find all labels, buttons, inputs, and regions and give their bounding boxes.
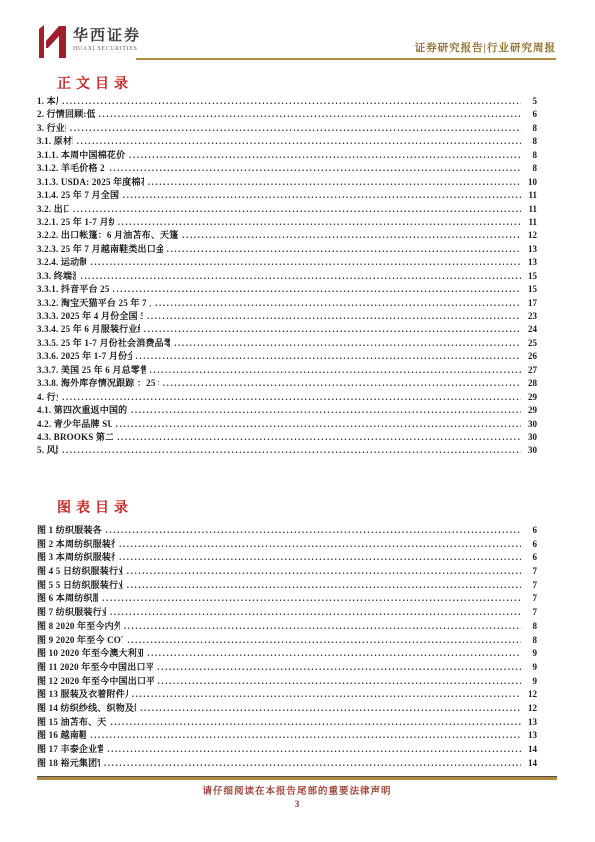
toc-entry-label: 3.2.3. 25 年 7 月越南鞋类出口金额同比增长 4.5%，2025 年至…: [37, 243, 163, 256]
toc-dot-leader: [127, 565, 521, 579]
toc-entry-page: 13: [524, 256, 537, 269]
toc-entry[interactable]: 3.3.4. 25 年 6 月服装行业线上销售额 402.65 亿元，同比下降 …: [37, 323, 537, 336]
toc-entry[interactable]: 4. 行业新闻29: [37, 391, 537, 404]
toc-entry-page: 15: [524, 283, 537, 296]
toc-dot-leader: [80, 270, 521, 283]
toc-dot-leader: [119, 551, 521, 565]
toc-dot-leader: [106, 524, 521, 538]
toc-entry-page: 7: [524, 606, 537, 620]
toc-entry[interactable]: 图 6 本周纺织服装行业市场表现排名7: [37, 592, 537, 606]
toc-entry-label: 图 12 2020 年至今中国出口平均单价：精梳羊毛纱线，非供零售用（美元/千克…: [37, 675, 154, 689]
toc-entry-page: 8: [524, 122, 537, 135]
header-divider: [136, 58, 556, 60]
toc-entry-page: 29: [524, 391, 537, 404]
toc-dot-leader: [109, 162, 521, 175]
toc-entry-page: 11: [524, 216, 537, 229]
toc-entry-label: 2. 行情回顾:低于上证综指 2.7PCT: [37, 108, 95, 121]
toc-entry[interactable]: 3.1.3. USDA: 2025 年度棉花总产预期同比下降 2.12%，需求端…: [37, 176, 537, 189]
toc-entry-page: 13: [524, 729, 537, 743]
toc-dot-leader: [158, 675, 521, 689]
toc-entry[interactable]: 3.3.7. 美国 25 年 6 月总零售额同比增长 3.92%，上半年累计同比…: [37, 364, 537, 377]
toc-entry-label: 图 3 本周纺织服装行业 A 股跌幅后 5 个股（%）: [37, 551, 115, 565]
toc-entry[interactable]: 3.1. 原材料相关数据8: [37, 135, 537, 148]
toc-entry-page: 10: [524, 176, 537, 189]
toc-entry-label: 3.3. 终端消费相关数据: [37, 270, 76, 283]
toc-dot-leader: [127, 579, 521, 593]
toc-entry-page: 30: [524, 444, 537, 457]
toc-dot-leader: [110, 606, 521, 620]
toc-entry-page: 11: [524, 189, 537, 202]
toc-entry-label: 4.3. BROOKS 第二季度中国市场营收增长 80%: [37, 431, 113, 444]
toc-entry[interactable]: 3.1.2. 羊毛价格 2025 年初至今上涨 4.12%8: [37, 162, 537, 175]
toc-dot-leader: [77, 135, 521, 148]
toc-entry-page: 30: [524, 418, 537, 431]
toc-dot-leader: [127, 634, 521, 648]
toc-dot-leader: [102, 592, 521, 606]
toc-dot-leader: [131, 404, 521, 417]
toc-entry[interactable]: 图 2 本周纺织服装行业 A 股涨幅前 5 个股（%）6: [37, 538, 537, 552]
page-number: 3: [37, 800, 557, 810]
toc-entry-label: 3.3.2. 淘宝天猫平台 25 年 7 月运动及休闲服装增速有所改善，报喜鸟增…: [37, 297, 151, 310]
toc-entry[interactable]: 3.3.2. 淘宝天猫平台 25 年 7 月运动及休闲服装增速有所改善，报喜鸟增…: [37, 297, 537, 310]
toc-entry[interactable]: 图 10 2020 年至今澳大利亚羊毛交易所东部市场综合指数（澳分/公斤）9: [37, 647, 537, 661]
toc-entry-page: 15: [524, 270, 537, 283]
toc-entry-page: 6: [524, 524, 537, 538]
toc-entry[interactable]: 3.2.1. 25 年 1-7 月纺织服装出口同比增长 0.53%11: [37, 216, 537, 229]
toc-entry-page: 5: [524, 95, 537, 108]
toc-entry-label: 图 17 丰泰企业营收及增速（亿新台币）: [37, 743, 103, 757]
toc-dot-leader: [148, 176, 521, 189]
toc-entry[interactable]: 图 7 纺织服装行业和沪深 300PE 估值情况7: [37, 606, 537, 620]
toc-dot-leader: [182, 229, 521, 242]
toc-entry-label: 3.3.6. 2025 年 1-7 月份全国房屋竣工面积累计同比下降 16.5%: [37, 350, 132, 363]
toc-entry-label: 3. 行业数据追踪: [37, 122, 66, 135]
toc-entry-label: 3.1. 原材料相关数据: [37, 135, 73, 148]
toc-entry-page: 7: [524, 579, 537, 593]
toc-entry[interactable]: 1. 本周观点5: [37, 95, 537, 108]
toc-dot-leader: [157, 661, 521, 675]
toc-entry[interactable]: 4.2. 青少年品牌 SUBDUED 广州开设华南首店30: [37, 418, 537, 431]
toc-dot-leader: [70, 122, 521, 135]
toc-entry-label: 3.2.2. 出口帐篷：6 月油苫布、天篷及遮阳篷出口额同比下降 13.1%，2…: [37, 229, 178, 242]
toc-entry-label: 图 5 5 日纺织服装行业资金净流入占比后 5 个股（%）: [37, 579, 123, 593]
toc-entry-label: 图 4 5 日纺织服装行业资金净流入占比前 5 个股（%）: [37, 565, 123, 579]
toc-entry[interactable]: 图 4 5 日纺织服装行业资金净流入占比前 5 个股（%）7: [37, 565, 537, 579]
toc-entry-page: 8: [524, 634, 537, 648]
toc-entry-page: 23: [524, 310, 537, 323]
toc-dot-leader: [62, 95, 521, 108]
toc-dot-leader: [99, 108, 521, 121]
toc-dot-leader: [90, 256, 521, 269]
toc-dot-leader: [147, 310, 521, 323]
toc-entry-page: 28: [524, 377, 537, 390]
toc-entry-page: 7: [524, 565, 537, 579]
toc-dot-leader: [136, 350, 522, 363]
toc-entry-page: 14: [524, 743, 537, 757]
toc-entry-label: 1. 本周观点: [37, 95, 58, 108]
toc-entry-label: 3.2.1. 25 年 1-7 月纺织服装出口同比增长 0.53%: [37, 216, 114, 229]
toc-dot-leader: [113, 283, 521, 296]
toc-dot-leader: [150, 364, 521, 377]
toc-entry-label: 4. 行业新闻: [37, 391, 58, 404]
toc-entry-label: 3.2. 出口相关数据: [37, 203, 69, 216]
toc-entry-page: 12: [524, 688, 537, 702]
toc-entry[interactable]: 3.3.1. 抖音平台 25 年 3 月运动品类增速较高15: [37, 283, 537, 296]
toc-dot-leader: [116, 418, 521, 431]
toc-dot-leader: [73, 203, 521, 216]
toc-entry-page: 8: [524, 620, 537, 634]
toc-entry-page: 26: [524, 350, 537, 363]
toc-entry-page: 6: [524, 108, 537, 121]
footer-divider: [37, 776, 557, 780]
toc-entry-page: 24: [524, 323, 537, 336]
toc-entry-page: 12: [524, 702, 537, 716]
toc-entry[interactable]: 3.2.2. 出口帐篷：6 月油苫布、天篷及遮阳篷出口额同比下降 13.1%，2…: [37, 229, 537, 242]
toc-entry[interactable]: 3.3.6. 2025 年 1-7 月份全国房屋竣工面积累计同比下降 16.5%…: [37, 350, 537, 363]
logo-text: 华西证券 HUAXI SECURITIES: [73, 25, 141, 53]
toc-entry-page: 7: [524, 592, 537, 606]
toc-entry-label: 图 10 2020 年至今澳大利亚羊毛交易所东部市场综合指数（澳分/公斤）: [37, 647, 143, 661]
toc-entry[interactable]: 3. 行业数据追踪8: [37, 122, 537, 135]
toc-entry-label: 3.3.4. 25 年 6 月服装行业线上销售额 402.65 亿元，同比下降 …: [37, 323, 140, 336]
toc-entry-label: 图 8 2020 年至今内外棉价差走势图（1%关税核算）: [37, 620, 120, 634]
toc-dot-leader: [117, 431, 521, 444]
toc-entry[interactable]: 3.1.1. 本周中国棉花价格指数上涨，年初至今上涨 3.43%8: [37, 149, 537, 162]
toc-dot-leader: [62, 444, 521, 457]
toc-entry[interactable]: 4.1. 第四次重返中国的 FOREVER 21，合作方换成唯品会29: [37, 404, 537, 417]
brand-name-cn: 华西证券: [73, 28, 141, 45]
toc-entry[interactable]: 3.3.8. 海外库存情况跟踪 ：25 年 6 月美国服装及服装面料批发商库存同…: [37, 377, 537, 390]
figures-toc-list: 图 1 纺织服装各细分行业涨跌幅（%）6图 2 本周纺织服装行业 A 股涨幅前 …: [37, 524, 537, 770]
toc-dot-leader: [155, 297, 521, 310]
toc-entry-label: 3.3.8. 海外库存情况跟踪 ：25 年 6 月美国服装及服装面料批发商库存同…: [37, 377, 159, 390]
toc-entry-label: 5. 风险提示: [37, 444, 58, 457]
toc-entry-label: 图 14 纺织纱线、织物及制品月出口量及累计同比（亿美元，%）: [37, 702, 136, 716]
toc-entry[interactable]: 图 12 2020 年至今中国出口平均单价：精梳羊毛纱线，非供零售用（美元/千克…: [37, 675, 537, 689]
toc-entry-page: 14: [524, 757, 537, 771]
toc-entry[interactable]: 3.2.4. 运动制造台企月度数据13: [37, 256, 537, 269]
report-toc-page: 华西证券 HUAXI SECURITIES 证券研究报告|行业研究周报 正文目录…: [0, 0, 595, 842]
toc-entry-label: 图 7 纺织服装行业和沪深 300PE 估值情况: [37, 606, 106, 620]
toc-entry[interactable]: 图 11 2020 年至今中国出口平均单价：粗梳羊毛纱线，非供零售用（美元/千克…: [37, 661, 537, 675]
toc-entry-page: 12: [524, 229, 537, 242]
toc-entry-label: 图 6 本周纺织服装行业市场表现排名: [37, 592, 98, 606]
toc-dot-leader: [140, 702, 521, 716]
toc-entry-label: 3.3.7. 美国 25 年 6 月总零售额同比增长 3.92%，上半年累计同比…: [37, 364, 146, 377]
footer-disclaimer: 请仔细阅读在本报告尾部的重要法律声明: [37, 783, 557, 797]
toc-entry[interactable]: 3.2. 出口相关数据11: [37, 203, 537, 216]
toc-dot-leader: [144, 323, 521, 336]
toc-entry-page: 6: [524, 551, 537, 565]
toc-entry-label: 3.1.1. 本周中国棉花价格指数上涨，年初至今上涨 3.43%: [37, 149, 125, 162]
toc-entry[interactable]: 图 14 纺织纱线、织物及制品月出口量及累计同比（亿美元，%）12: [37, 702, 537, 716]
toc-entry[interactable]: 图 3 本周纺织服装行业 A 股跌幅后 5 个股（%）6: [37, 551, 537, 565]
toc-dot-leader: [129, 149, 521, 162]
toc-entry-label: 3.1.4. 25 年 7 月全国棉花商业库存同比下降 21.18%: [37, 189, 119, 202]
toc-entry[interactable]: 图 18 裕元集团营收及增速（亿美元）14: [37, 757, 537, 771]
toc-entry[interactable]: 图 1 纺织服装各细分行业涨跌幅（%）6: [37, 524, 537, 538]
toc-entry-label: 图 1 纺织服装各细分行业涨跌幅（%）: [37, 524, 102, 538]
toc-entry-label: 图 13 服装及衣着附件月出口量及累计同比（亿美元，%）: [37, 688, 128, 702]
toc-dot-leader: [110, 716, 521, 730]
toc-entry[interactable]: 4.3. BROOKS 第二季度中国市场营收增长 80%30: [37, 431, 537, 444]
toc-entry-page: 29: [524, 404, 537, 417]
toc-dot-leader: [163, 377, 521, 390]
toc-entry-label: 图 9 2020 年至今 COTLOOKA 国际棉花指数（元/吨）: [37, 634, 123, 648]
toc-entry[interactable]: 3.3.3. 2025 年 4 月份全国 50 家重点大型零售企业零售额同比增加…: [37, 310, 537, 323]
toc-entry-page: 8: [524, 135, 537, 148]
toc-entry[interactable]: 3.3.5. 25 年 1-7 月份社会消费品零售总额同比增长 4.8%，202…: [37, 337, 537, 350]
toc-entry-page: 8: [524, 162, 537, 175]
toc-entry[interactable]: 图 5 5 日纺织服装行业资金净流入占比后 5 个股（%）7: [37, 579, 537, 593]
toc-entry-page: 30: [524, 431, 537, 444]
toc-entry-label: 3.2.4. 运动制造台企月度数据: [37, 256, 86, 269]
toc-entry-label: 图 15 油苫布、天篷及遮阳篷出口额及增速: [37, 716, 106, 730]
toc-dot-leader: [147, 647, 521, 661]
toc-dot-leader: [107, 743, 521, 757]
report-type-label: 证券研究报告|行业研究周报: [415, 40, 556, 55]
brand-name-en: HUAXI SECURITIES: [73, 45, 141, 53]
toc-dot-leader: [62, 391, 521, 404]
toc-dot-leader: [119, 538, 521, 552]
huaxi-logo: 华西证券 HUAXI SECURITIES: [39, 25, 141, 58]
toc-entry-label: 3.3.5. 25 年 1-7 月份社会消费品零售总额同比增长 4.8%，202…: [37, 337, 170, 350]
toc-dot-leader: [123, 189, 521, 202]
toc-entry-label: 图 18 裕元集团营收及增速（亿美元）: [37, 757, 100, 771]
toc-dot-leader: [124, 620, 521, 634]
toc-entry[interactable]: 3.2.3. 25 年 7 月越南鞋类出口金额同比增长 4.5%，2025 年至…: [37, 243, 537, 256]
toc-entry-page: 17: [524, 297, 537, 310]
toc-dot-leader: [132, 688, 521, 702]
toc-dot-leader: [118, 216, 521, 229]
toc-entry[interactable]: 图 17 丰泰企业营收及增速（亿新台币）14: [37, 743, 537, 757]
toc-entry[interactable]: 图 15 油苫布、天篷及遮阳篷出口额及增速13: [37, 716, 537, 730]
toc-entry-page: 6: [524, 538, 537, 552]
toc-dot-leader: [90, 729, 521, 743]
toc-entry-label: 图 11 2020 年至今中国出口平均单价：粗梳羊毛纱线，非供零售用（美元/千克…: [37, 661, 153, 675]
toc-entry-page: 11: [524, 203, 537, 216]
toc-entry-label: 图 2 本周纺织服装行业 A 股涨幅前 5 个股（%）: [37, 538, 115, 552]
toc-entry-label: 3.1.3. USDA: 2025 年度棉花总产预期同比下降 2.12%，需求端…: [37, 176, 144, 189]
toc-entry[interactable]: 图 8 2020 年至今内外棉价差走势图（1%关税核算）8: [37, 620, 537, 634]
toc-entry[interactable]: 3.3. 终端消费相关数据15: [37, 270, 537, 283]
toc-entry-label: 3.3.3. 2025 年 4 月份全国 50 家重点大型零售企业零售额同比增加…: [37, 310, 143, 323]
toc-entry-page: 9: [524, 675, 537, 689]
toc-entry[interactable]: 图 16 越南鞋出口金额及增速13: [37, 729, 537, 743]
toc-entry-page: 27: [524, 364, 537, 377]
toc-entry-label: 4.2. 青少年品牌 SUBDUED 广州开设华南首店: [37, 418, 112, 431]
toc-entry[interactable]: 图 13 服装及衣着附件月出口量及累计同比（亿美元，%）12: [37, 688, 537, 702]
toc-entry-page: 9: [524, 647, 537, 661]
toc-entry-label: 图 16 越南鞋出口金额及增速: [37, 729, 86, 743]
toc-entry-label: 3.3.1. 抖音平台 25 年 3 月运动品类增速较高: [37, 283, 109, 296]
main-toc-list: 1. 本周观点52. 行情回顾:低于上证综指 2.7PCT63. 行业数据追踪8…: [37, 95, 537, 458]
toc-entry-page: 8: [524, 149, 537, 162]
toc-entry-page: 9: [524, 661, 537, 675]
toc-entry-label: 4.1. 第四次重返中国的 FOREVER 21，合作方换成唯品会: [37, 404, 127, 417]
toc-entry-label: 3.1.2. 羊毛价格 2025 年初至今上涨 4.12%: [37, 162, 105, 175]
toc-dot-leader: [167, 243, 521, 256]
toc-dot-leader: [174, 337, 521, 350]
toc-entry-page: 13: [524, 716, 537, 730]
toc-dot-leader: [104, 757, 521, 771]
huaxi-logo-icon: [39, 25, 66, 58]
toc-entry[interactable]: 5. 风险提示30: [37, 444, 537, 457]
toc-entry[interactable]: 3.1.4. 25 年 7 月全国棉花商业库存同比下降 21.18%11: [37, 189, 537, 202]
toc-entry[interactable]: 2. 行情回顾:低于上证综指 2.7PCT6: [37, 108, 537, 121]
toc-entry[interactable]: 图 9 2020 年至今 COTLOOKA 国际棉花指数（元/吨）8: [37, 634, 537, 648]
toc-entry-page: 13: [524, 243, 537, 256]
toc-entry-page: 25: [524, 337, 537, 350]
main-toc-title: 正文目录: [57, 77, 133, 93]
figures-toc-title: 图表目录: [57, 501, 133, 517]
